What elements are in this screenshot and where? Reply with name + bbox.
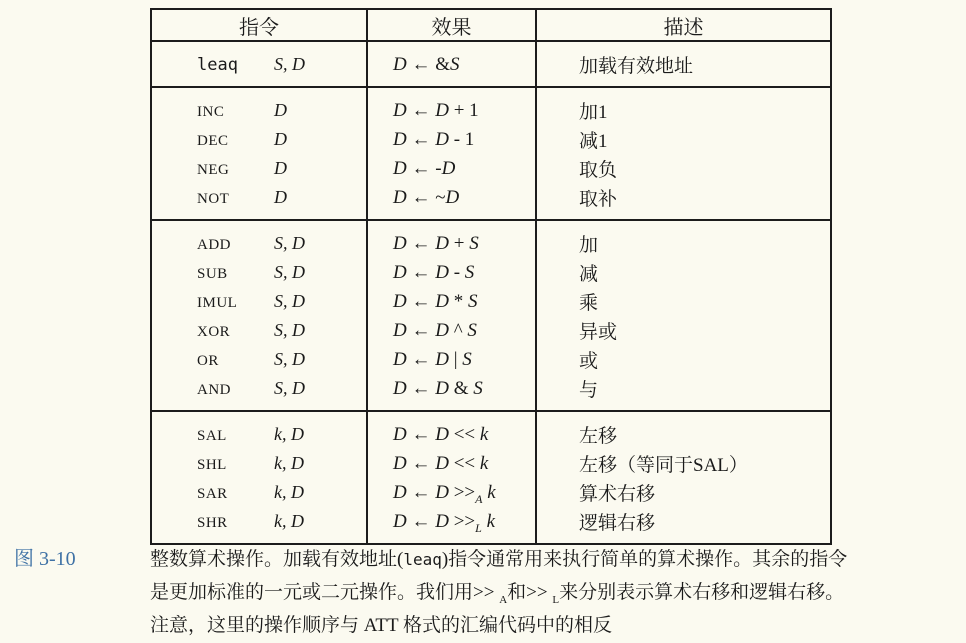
mnemonic: NOT xyxy=(197,191,274,208)
text-segment: ← xyxy=(407,378,436,399)
text-segment: ← ~ xyxy=(407,187,446,208)
text-segment: ← xyxy=(407,320,436,341)
variable-text: D xyxy=(435,291,449,312)
operands: D xyxy=(274,100,287,120)
mnemonic: SUB xyxy=(197,266,274,283)
variable-text: D xyxy=(435,129,449,150)
variable-text: D xyxy=(435,511,449,532)
operands: S, D xyxy=(274,320,305,340)
mnemonic: INC xyxy=(197,104,274,121)
text-segment: << xyxy=(449,424,480,445)
description-cell: 与 xyxy=(536,374,831,411)
variable-text: S xyxy=(473,378,483,399)
mnemonic: SHR xyxy=(197,515,274,532)
text-segment: 来分别表示算术右移和逻辑右移。 xyxy=(559,582,844,603)
mnemonic: SHL xyxy=(197,457,274,474)
description-cell: 减1 xyxy=(536,125,831,154)
instruction-cell: DECD xyxy=(151,125,367,154)
description-cell: 取补 xyxy=(536,183,831,220)
variable-text: D xyxy=(446,187,460,208)
mnemonic: SAR xyxy=(197,486,274,503)
description-cell: 乘 xyxy=(536,287,831,316)
operands: k, D xyxy=(274,482,304,502)
figure-caption: 图 3-10 整数算术操作。加载有效地址(leaq)指令通常用来执行简单的算术操… xyxy=(14,543,958,642)
text-segment: ← xyxy=(407,482,436,503)
variable-text: D xyxy=(393,482,407,503)
effect-cell: D ← D + S xyxy=(367,220,536,258)
effect-cell: D ← D >>A k xyxy=(367,478,536,507)
variable-text: D xyxy=(393,158,407,179)
variable-text: k xyxy=(480,453,488,474)
variable-text: D xyxy=(393,320,407,341)
table-row: SHLk, DD ← D << k左移（等同于SAL） xyxy=(151,449,831,478)
figure-label: 图 3-10 xyxy=(14,543,150,642)
operands: S, D xyxy=(274,291,305,311)
variable-text: D xyxy=(435,262,449,283)
text-segment: - xyxy=(449,262,465,283)
effect-cell: D ← D * S xyxy=(367,287,536,316)
instruction-group: SALk, DD ← D << k左移SHLk, DD ← D << k左移（等… xyxy=(151,411,831,544)
text-segment: 注意，这里的操作顺序与 ATT 格式的汇编代码中的相反 xyxy=(150,615,612,636)
variable-text: D xyxy=(435,453,449,474)
text-segment: ← xyxy=(407,511,436,532)
effect-cell: D ← D | S xyxy=(367,345,536,374)
text-segment: 整数算术操作。加载有效地址( xyxy=(150,549,403,570)
instruction-cell: SUBS, D xyxy=(151,258,367,287)
text-segment: ← xyxy=(407,233,436,254)
table-row: leaqS, DD ← &S加载有效地址 xyxy=(151,41,831,87)
instruction-group: INCDD ← D + 1加1DECDD ← D - 1减1NEGDD ← -D… xyxy=(151,87,831,220)
instruction-cell: IMULS, D xyxy=(151,287,367,316)
mnemonic: DEC xyxy=(197,133,274,150)
instruction-cell: NOTD xyxy=(151,183,367,220)
operands: S, D xyxy=(274,378,305,398)
description-cell: 加 xyxy=(536,220,831,258)
variable-text: k xyxy=(480,424,488,445)
variable-text: D xyxy=(393,54,407,75)
text-segment: | xyxy=(449,349,462,370)
instruction-cell: ADDS, D xyxy=(151,220,367,258)
table-row: NOTDD ← ~D取补 xyxy=(151,183,831,220)
table-row: XORS, DD ← D ^ S异或 xyxy=(151,316,831,345)
table-header: 指令 效果 描述 xyxy=(151,9,831,41)
variable-text: D xyxy=(393,262,407,283)
col-header-instruction: 指令 xyxy=(151,9,367,41)
mnemonic: ADD xyxy=(197,237,274,254)
text-segment: ← xyxy=(407,100,436,121)
variable-text: D xyxy=(435,424,449,445)
instruction-cell: SALk, D xyxy=(151,411,367,449)
mnemonic: OR xyxy=(197,353,274,370)
variable-text: k xyxy=(487,482,495,503)
description-cell: 算术右移 xyxy=(536,478,831,507)
text-segment: 是更加标准的一元或二元操作。我们用>> xyxy=(150,582,499,603)
variable-text: D xyxy=(435,100,449,121)
operands: k, D xyxy=(274,424,304,444)
operands: S, D xyxy=(274,54,305,74)
operands: S, D xyxy=(274,349,305,369)
description-cell: 加1 xyxy=(536,87,831,125)
variable-text: D xyxy=(435,378,449,399)
text-segment: ← xyxy=(407,424,436,445)
table-row: ADDS, DD ← D + S加 xyxy=(151,220,831,258)
header-row: 指令 效果 描述 xyxy=(151,9,831,41)
variable-text: S xyxy=(469,233,479,254)
text-segment: << xyxy=(449,453,480,474)
description-cell: 左移（等同于SAL） xyxy=(536,449,831,478)
text-segment: 和>> xyxy=(507,582,552,603)
variable-text: D xyxy=(393,291,407,312)
text-segment: * xyxy=(449,291,468,312)
mono-text: leaq xyxy=(403,550,442,569)
description-cell: 或 xyxy=(536,345,831,374)
mnemonic: AND xyxy=(197,382,274,399)
effect-cell: D ← &S xyxy=(367,41,536,87)
instruction-cell: ORS, D xyxy=(151,345,367,374)
variable-text: D xyxy=(393,233,407,254)
variable-text: D xyxy=(435,349,449,370)
caption-line: 整数算术操作。加载有效地址(leaq)指令通常用来执行简单的算术操作。其余的指令 xyxy=(150,543,958,576)
integer-arithmetic-operations-table: 指令 效果 描述 leaqS, DD ← &S加载有效地址INCDD ← D +… xyxy=(150,8,832,545)
table-row: INCDD ← D + 1加1 xyxy=(151,87,831,125)
variable-text: S xyxy=(462,349,472,370)
effect-cell: D ← D ^ S xyxy=(367,316,536,345)
effect-cell: D ← D & S xyxy=(367,374,536,411)
text-segment: ← xyxy=(407,453,436,474)
table-row: IMULS, DD ← D * S乘 xyxy=(151,287,831,316)
effect-cell: D ← D - 1 xyxy=(367,125,536,154)
operands: D xyxy=(274,129,287,149)
text-segment: ← xyxy=(407,262,436,283)
mnemonic: XOR xyxy=(197,324,274,341)
text-segment: + 1 xyxy=(449,100,479,121)
text-segment: ^ xyxy=(449,320,467,341)
table-row: SARk, DD ← D >>A k算术右移 xyxy=(151,478,831,507)
col-header-effect: 效果 xyxy=(367,9,536,41)
variable-text: D xyxy=(393,187,407,208)
effect-cell: D ← D - S xyxy=(367,258,536,287)
description-cell: 异或 xyxy=(536,316,831,345)
mnemonic: leaq xyxy=(197,55,274,75)
text-segment: ← - xyxy=(407,158,442,179)
effect-cell: D ← D << k xyxy=(367,411,536,449)
text-segment: ← & xyxy=(407,54,450,75)
effect-cell: D ← D + 1 xyxy=(367,87,536,125)
text-segment: - 1 xyxy=(449,129,474,150)
variable-text: D xyxy=(393,349,407,370)
effect-cell: D ← -D xyxy=(367,154,536,183)
table-row: SHRk, DD ← D >>L k逻辑右移 xyxy=(151,507,831,544)
instruction-group: leaqS, DD ← &S加载有效地址 xyxy=(151,41,831,87)
table-row: SUBS, DD ← D - S减 xyxy=(151,258,831,287)
effect-cell: D ← D << k xyxy=(367,449,536,478)
variable-text: S xyxy=(465,262,475,283)
variable-text: D xyxy=(393,100,407,121)
operands: S, D xyxy=(274,262,305,282)
variable-text: D xyxy=(393,378,407,399)
instruction-cell: INCD xyxy=(151,87,367,125)
text-segment: ← xyxy=(407,129,436,150)
variable-text: D xyxy=(435,320,449,341)
instruction-cell: SHRk, D xyxy=(151,507,367,544)
variable-text: D xyxy=(393,424,407,445)
instruction-cell: SARk, D xyxy=(151,478,367,507)
figure-caption-text: 整数算术操作。加载有效地址(leaq)指令通常用来执行简单的算术操作。其余的指令… xyxy=(150,543,958,642)
description-cell: 取负 xyxy=(536,154,831,183)
mnemonic: NEG xyxy=(197,162,274,179)
instruction-cell: XORS, D xyxy=(151,316,367,345)
col-header-description: 描述 xyxy=(536,9,831,41)
caption-line: 是更加标准的一元或二元操作。我们用>> A和>> L来分别表示算术右移和逻辑右移… xyxy=(150,576,958,609)
text-segment: ← xyxy=(407,349,436,370)
description-cell: 左移 xyxy=(536,411,831,449)
variable-text: S xyxy=(468,291,478,312)
effect-cell: D ← ~D xyxy=(367,183,536,220)
operands: D xyxy=(274,187,287,207)
variable-text: S xyxy=(467,320,477,341)
description-cell: 逻辑右移 xyxy=(536,507,831,544)
table-row: ORS, DD ← D | S或 xyxy=(151,345,831,374)
instruction-cell: leaqS, D xyxy=(151,41,367,87)
text-segment: + xyxy=(449,233,469,254)
instruction-cell: SHLk, D xyxy=(151,449,367,478)
variable-text: D xyxy=(435,233,449,254)
subscript-text: A xyxy=(499,594,507,606)
text-segment: >> xyxy=(449,482,475,503)
mnemonic: IMUL xyxy=(197,295,274,312)
instruction-group: ADDS, DD ← D + S加SUBS, DD ← D - S减IMULS,… xyxy=(151,220,831,411)
operands: S, D xyxy=(274,233,305,253)
table-row: DECDD ← D - 1减1 xyxy=(151,125,831,154)
variable-text: k xyxy=(487,511,495,532)
variable-text: D xyxy=(442,158,456,179)
text-segment: >> xyxy=(449,511,475,532)
description-cell: 加载有效地址 xyxy=(536,41,831,87)
instruction-cell: ANDS, D xyxy=(151,374,367,411)
text-segment: & xyxy=(449,378,473,399)
variable-text: D xyxy=(393,453,407,474)
operands: k, D xyxy=(274,453,304,473)
variable-text: S xyxy=(450,54,460,75)
variable-text: D xyxy=(435,482,449,503)
text-segment: ← xyxy=(407,291,436,312)
operands: k, D xyxy=(274,511,304,531)
operands: D xyxy=(274,158,287,178)
variable-text: D xyxy=(393,129,407,150)
effect-cell: D ← D >>L k xyxy=(367,507,536,544)
table-row: NEGDD ← -D取负 xyxy=(151,154,831,183)
mnemonic: SAL xyxy=(197,428,274,445)
instruction-table: 指令 效果 描述 leaqS, DD ← &S加载有效地址INCDD ← D +… xyxy=(150,8,830,545)
text-segment: )指令通常用来执行简单的算术操作。其余的指令 xyxy=(442,549,847,570)
instruction-cell: NEGD xyxy=(151,154,367,183)
table-row: SALk, DD ← D << k左移 xyxy=(151,411,831,449)
table-row: ANDS, DD ← D & S与 xyxy=(151,374,831,411)
description-cell: 减 xyxy=(536,258,831,287)
caption-line: 注意，这里的操作顺序与 ATT 格式的汇编代码中的相反 xyxy=(150,609,958,642)
variable-text: D xyxy=(393,511,407,532)
subscript-text: L xyxy=(475,520,482,534)
subscript-text: A xyxy=(475,491,482,505)
